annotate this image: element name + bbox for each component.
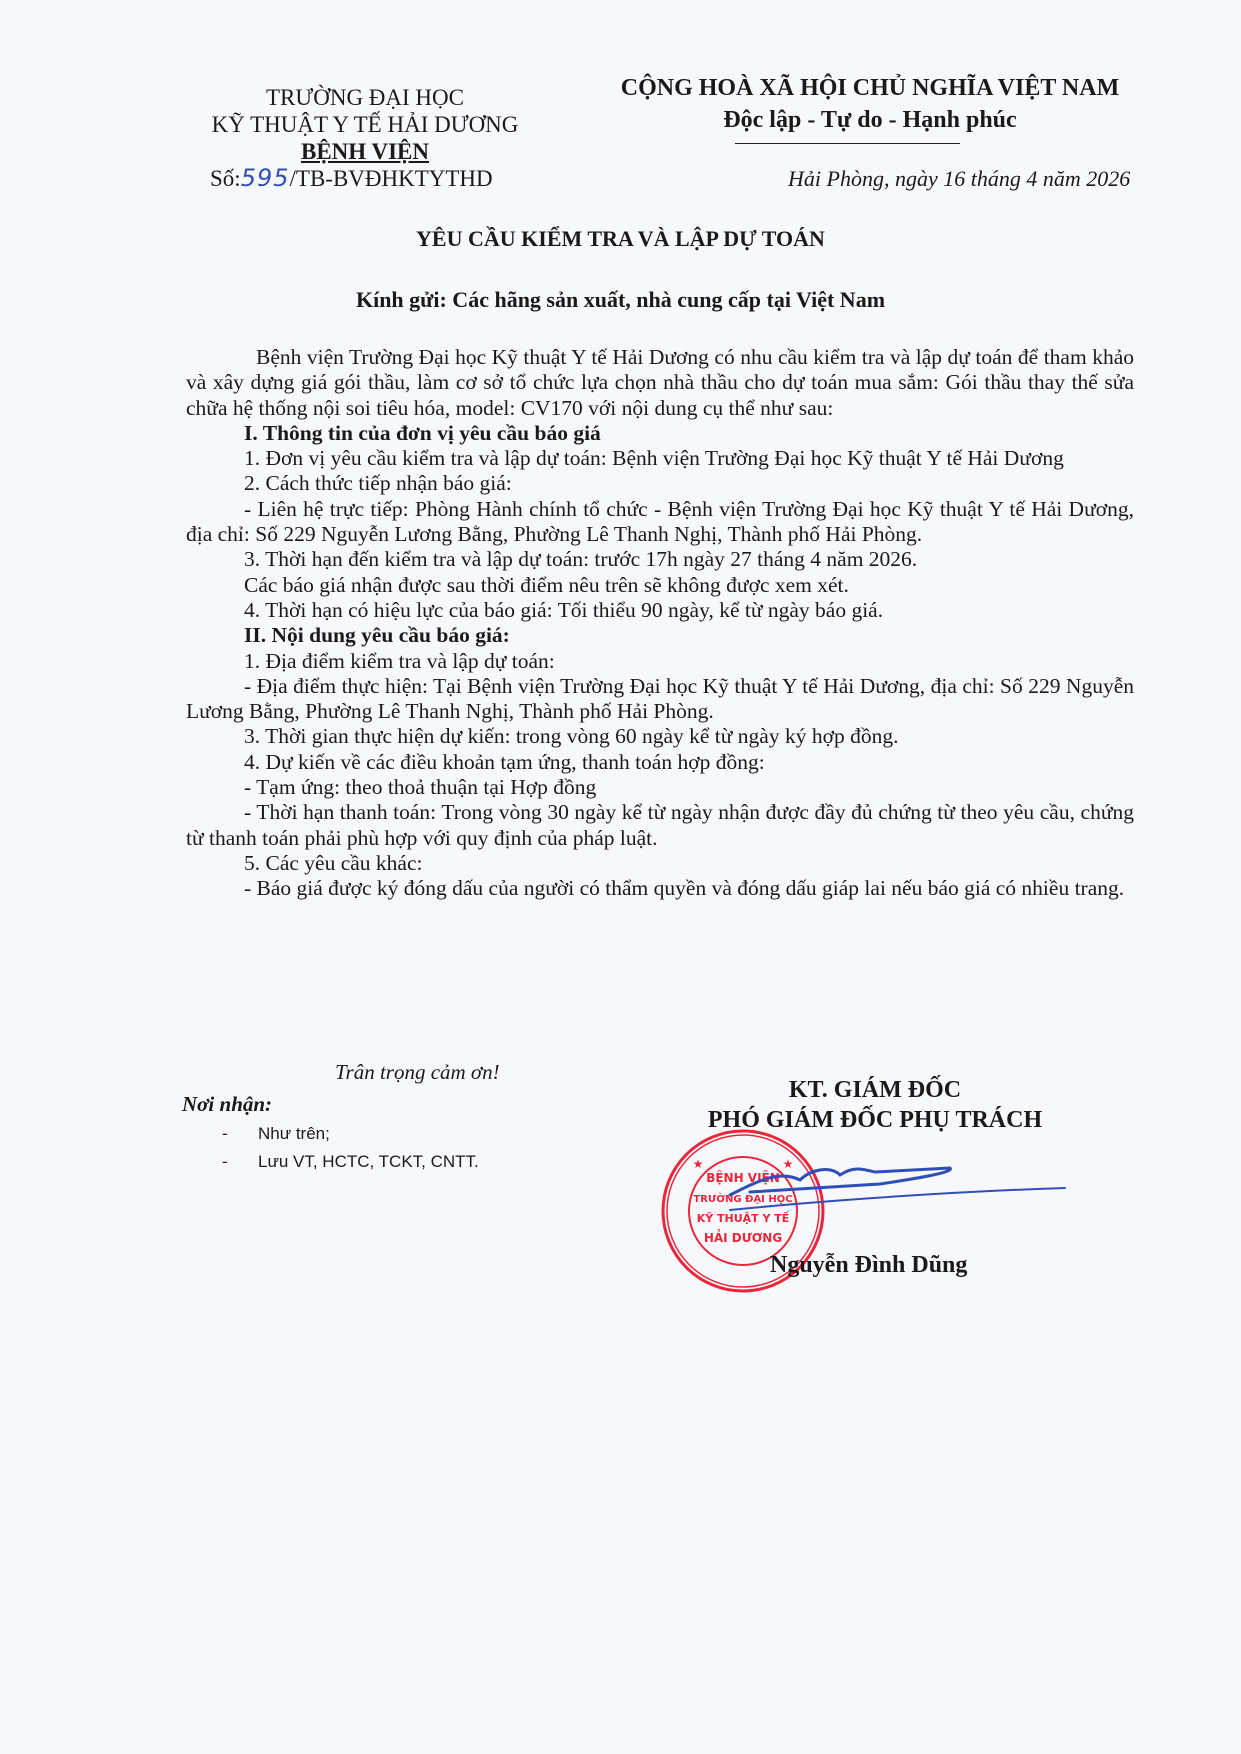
section-2-heading: II. Nội dung yêu cầu báo giá: (186, 623, 1134, 648)
section-2-item-4: 4. Dự kiến về các điều khoản tạm ứng, th… (186, 750, 1134, 775)
recipient-item-text: Như trên; (258, 1124, 330, 1143)
document-body: Bệnh viện Trường Đại học Kỹ thuật Y tế H… (186, 345, 1134, 902)
issuer-line-2: KỸ THUẬT Y TẾ HẢI DƯƠNG (170, 111, 560, 138)
document-number-suffix: /TB-BVĐHKTYTHD (290, 166, 493, 191)
signatory-title: KT. GIÁM ĐỐC PHÓ GIÁM ĐỐC PHỤ TRÁCH (620, 1075, 1130, 1135)
document-number: Số:595/TB-BVĐHKTYTHD (170, 165, 560, 192)
national-title: CỘNG HOÀ XÃ HỘI CHỦ NGHĨA VIỆT NAM (590, 72, 1150, 104)
handwritten-signature (690, 1150, 1070, 1240)
section-1-item-1: 1. Đơn vị yêu cầu kiểm tra và lập dự toá… (186, 446, 1134, 471)
issuer-line-1: TRƯỜNG ĐẠI HỌC (170, 84, 560, 111)
recipient-item: -Như trên; (222, 1124, 330, 1144)
section-2-item-1-detail: - Địa điểm thực hiện: Tại Bệnh viện Trườ… (186, 674, 1134, 725)
signatory-name: Nguyễn Đình Dũng (770, 1252, 967, 1279)
section-2-item-5-detail: - Báo giá được ký đóng dấu của người có … (186, 876, 1134, 901)
section-1-item-4: 4. Thời hạn có hiệu lực của báo giá: Tối… (186, 598, 1134, 623)
national-motto: Độc lập - Tự do - Hạnh phúc (590, 104, 1150, 136)
document-number-label: Số: (210, 166, 241, 191)
recipients-label: Nơi nhận: (182, 1092, 272, 1117)
signatory-title-line-1: KT. GIÁM ĐỐC (620, 1075, 1130, 1105)
recipient-item: -Lưu VT, HCTC, TCKT, CNTT. (222, 1152, 479, 1172)
recipient-item-text: Lưu VT, HCTC, TCKT, CNTT. (258, 1152, 479, 1171)
issuer-header: TRƯỜNG ĐẠI HỌC KỸ THUẬT Y TẾ HẢI DƯƠNG B… (170, 84, 560, 192)
document-title: YÊU CẦU KIỂM TRA VÀ LẬP DỰ TOÁN (0, 226, 1241, 252)
section-2-item-4-payment: - Thời hạn thanh toán: Trong vòng 30 ngà… (186, 800, 1134, 851)
signatory-title-line-2: PHÓ GIÁM ĐỐC PHỤ TRÁCH (620, 1105, 1130, 1135)
national-header: CỘNG HOÀ XÃ HỘI CHỦ NGHĨA VIỆT NAM Độc l… (590, 72, 1150, 136)
section-1-item-3: 3. Thời hạn đến kiểm tra và lập dự toán:… (186, 547, 1134, 572)
section-2-item-5: 5. Các yêu cầu khác: (186, 851, 1134, 876)
section-1-heading: I. Thông tin của đơn vị yêu cầu báo giá (186, 421, 1134, 446)
document-number-handwritten: 595 (241, 164, 290, 192)
motto-underline (735, 143, 960, 144)
section-2-item-1: 1. Địa điểm kiểm tra và lập dự toán: (186, 649, 1134, 674)
recipient-line: Kính gửi: Các hãng sản xuất, nhà cung cấ… (0, 287, 1241, 313)
section-1-item-2-detail: - Liên hệ trực tiếp: Phòng Hành chính tổ… (186, 497, 1134, 548)
section-2-item-3: 3. Thời gian thực hiện dự kiến: trong vò… (186, 724, 1134, 749)
issuer-unit: BỆNH VIỆN (170, 138, 560, 165)
section-1-item-3-note: Các báo giá nhận được sau thời điểm nêu … (186, 573, 1134, 598)
issue-date: Hải Phòng, ngày 16 tháng 4 năm 2026 (788, 166, 1130, 192)
section-1-item-2: 2. Cách thức tiếp nhận báo giá: (186, 471, 1134, 496)
section-2-item-4-advance: - Tạm ứng: theo thoả thuận tại Hợp đồng (186, 775, 1134, 800)
intro-paragraph: Bệnh viện Trường Đại học Kỹ thuật Y tế H… (186, 345, 1134, 421)
closing-thanks: Trân trọng cảm ơn! (335, 1060, 500, 1085)
